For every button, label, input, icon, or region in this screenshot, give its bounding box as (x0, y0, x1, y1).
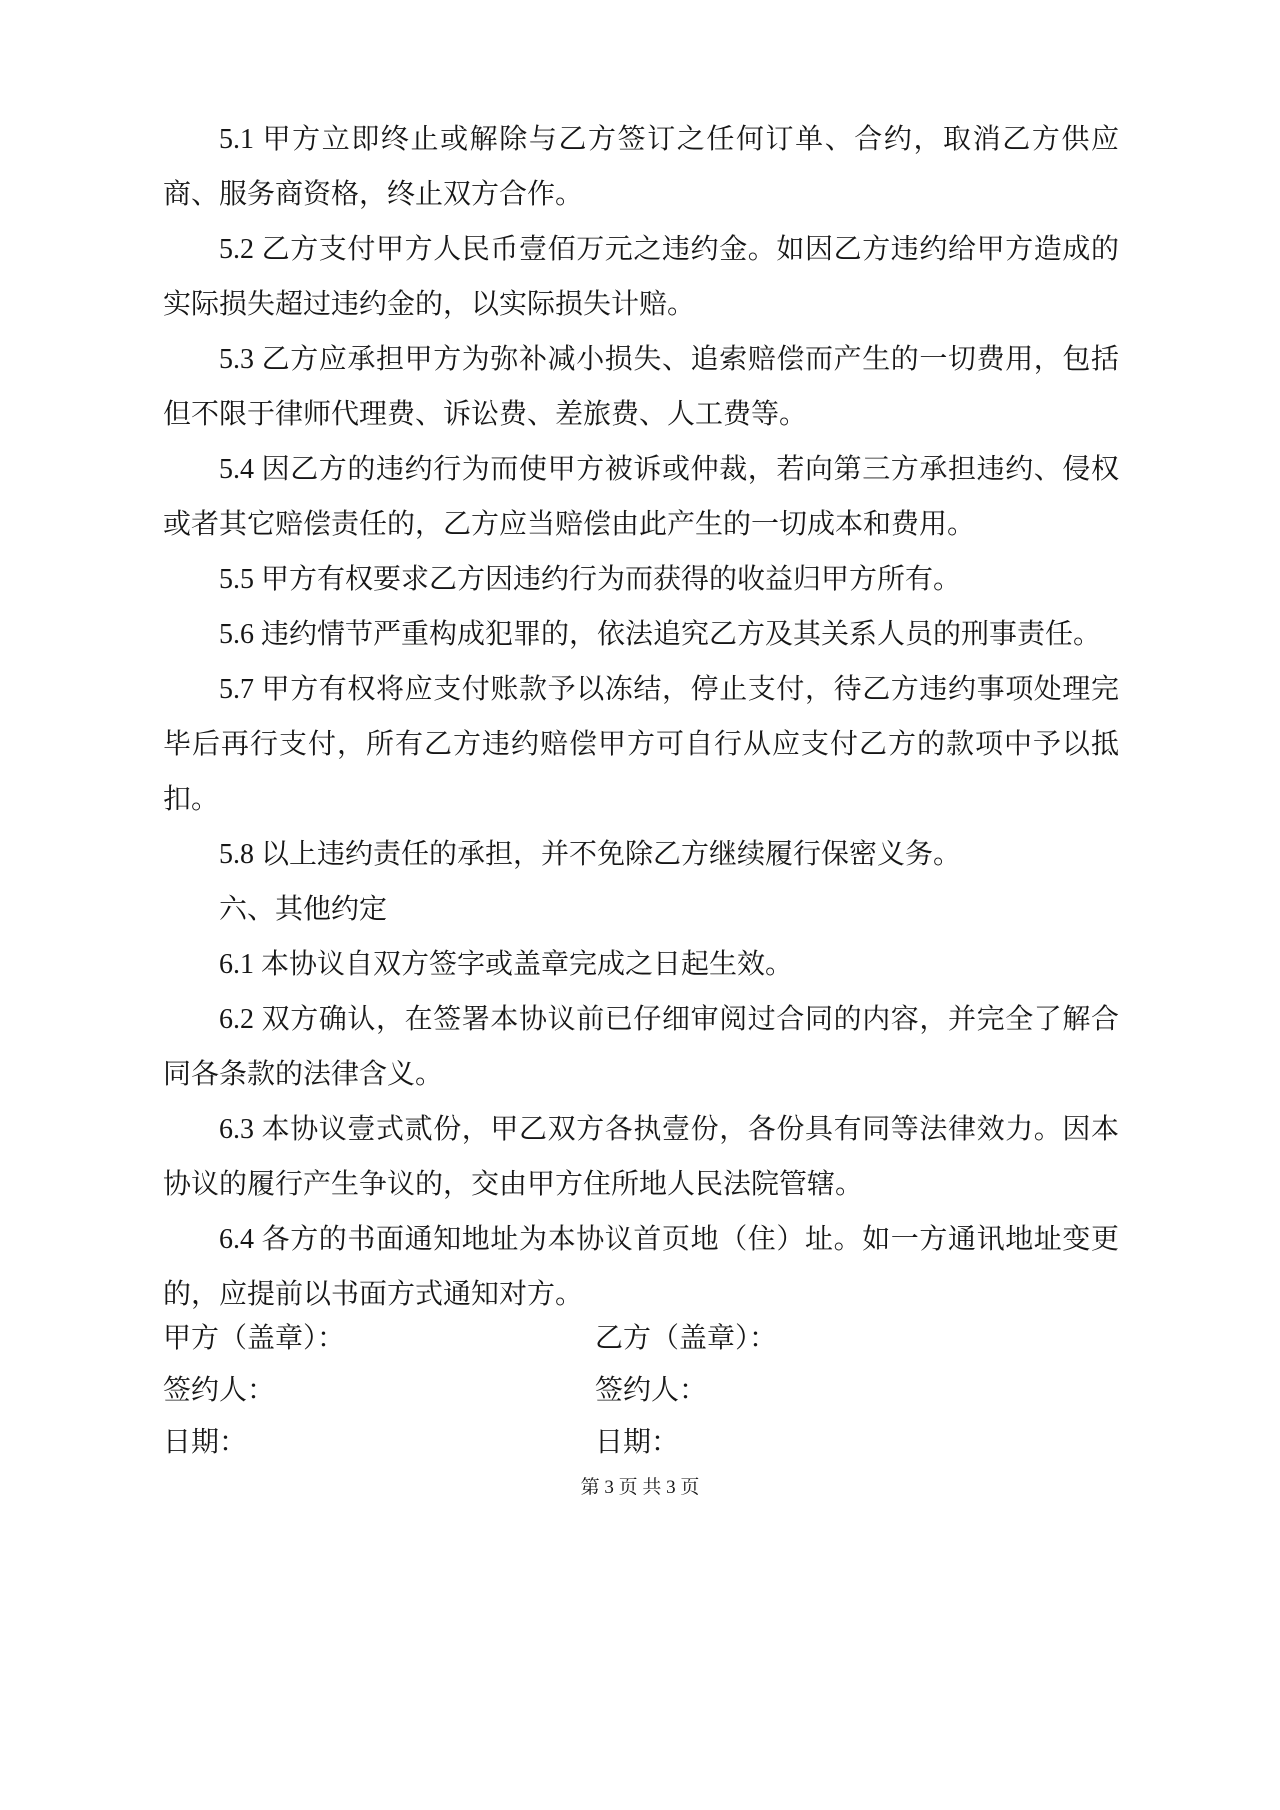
clause-6-3: 6.3 本协议壹式贰份，甲乙双方各执壹份，各份具有同等法律效力。因本协议的履行产… (163, 1102, 1119, 1212)
clause-5-7: 5.7 甲方有权将应支付账款予以冻结，停止支付，待乙方违约事项处理完毕后再行支付… (163, 662, 1119, 827)
party-b-signer-label: 签约人： (595, 1365, 777, 1417)
clause-5-3: 5.3 乙方应承担甲方为弥补减小损失、追索赔偿而产生的一切费用，包括但不限于律师… (163, 332, 1119, 442)
party-a-signature: 甲方（盖章）： 签约人： 日期： (163, 1313, 595, 1469)
document-page: 5.1 甲方立即终止或解除与乙方签订之任何订单、合约，取消乙方供应商、服务商资格… (0, 0, 1280, 1810)
clause-5-1: 5.1 甲方立即终止或解除与乙方签订之任何订单、合约，取消乙方供应商、服务商资格… (163, 112, 1119, 222)
party-a-seal-label: 甲方（盖章）： (163, 1313, 595, 1365)
clause-6-1: 6.1 本协议自双方签字或盖章完成之日起生效。 (163, 937, 1119, 992)
clause-5-8: 5.8 以上违约责任的承担，并不免除乙方继续履行保密义务。 (163, 827, 1119, 882)
page-number-footer: 第 3 页 共 3 页 (0, 1474, 1280, 1502)
clause-5-4: 5.4 因乙方的违约行为而使甲方被诉或仲裁，若向第三方承担违约、侵权或者其它赔偿… (163, 442, 1119, 552)
clause-5-2: 5.2 乙方支付甲方人民币壹佰万元之违约金。如因乙方违约给甲方造成的实际损失超过… (163, 222, 1119, 332)
party-a-signer-label: 签约人： (163, 1365, 595, 1417)
clause-5-5: 5.5 甲方有权要求乙方因违约行为而获得的收益归甲方所有。 (163, 552, 1119, 607)
clause-6-4: 6.4 各方的书面通知地址为本协议首页地（住）址。如一方通讯地址变更的，应提前以… (163, 1212, 1119, 1322)
party-b-date-label: 日期： (595, 1417, 777, 1469)
party-a-date-label: 日期： (163, 1417, 595, 1469)
party-b-signature: 乙方（盖章）： 签约人： 日期： (595, 1313, 777, 1469)
signature-block: 甲方（盖章）： 签约人： 日期： 乙方（盖章）： 签约人： 日期： (163, 1313, 1119, 1469)
clause-6-2: 6.2 双方确认，在签署本协议前已仔细审阅过合同的内容，并完全了解合同各条款的法… (163, 992, 1119, 1102)
section-heading-6: 六、其他约定 (163, 882, 1119, 937)
party-b-seal-label: 乙方（盖章）： (595, 1313, 777, 1365)
clause-5-6: 5.6 违约情节严重构成犯罪的，依法追究乙方及其关系人员的刑事责任。 (163, 607, 1119, 662)
contract-body: 5.1 甲方立即终止或解除与乙方签订之任何订单、合约，取消乙方供应商、服务商资格… (163, 112, 1119, 1322)
